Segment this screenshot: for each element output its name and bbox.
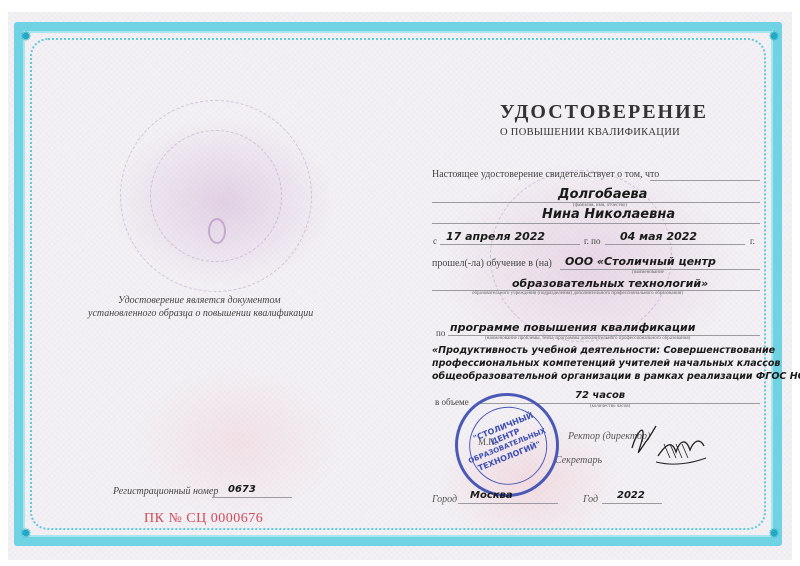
program-caption: (наименование проблемы, темы, программы … bbox=[485, 336, 690, 341]
corner-ornament-icon: ✹ bbox=[17, 28, 35, 46]
intro-text: Настоящее удостоверение свидетельствует … bbox=[432, 169, 659, 180]
program-title-line-2: профессиональных компетенций учителей на… bbox=[432, 358, 780, 369]
corner-ornament-icon: ✹ bbox=[765, 28, 783, 46]
document-title: УДОСТОВЕРЕНИЕ bbox=[500, 101, 708, 124]
city-value: Москва bbox=[470, 490, 513, 501]
corner-ornament-icon: ✹ bbox=[17, 525, 35, 543]
secretary-label: Секретарь bbox=[555, 455, 602, 466]
volume-value: 72 часов bbox=[575, 390, 625, 401]
notice-line-1: Удостоверение является документом bbox=[118, 295, 280, 306]
year-label: Год bbox=[583, 494, 598, 505]
org-caption-short: (наименование bbox=[632, 270, 664, 275]
date-from-line bbox=[440, 244, 580, 245]
date-from: 17 апреля 2022 bbox=[446, 230, 545, 243]
recipient-surname: Долгобаева bbox=[558, 187, 647, 202]
intro-line bbox=[650, 180, 760, 181]
corner-ornament-icon: ✹ bbox=[765, 525, 783, 543]
volume-caption: (количество часов) bbox=[590, 404, 630, 409]
serial-number: ПК № СЦ 0000676 bbox=[144, 511, 263, 527]
city-line bbox=[458, 503, 558, 504]
signature-icon bbox=[620, 418, 710, 470]
given-names-line bbox=[432, 223, 760, 224]
city-label: Город bbox=[432, 494, 457, 505]
program-title-line-3: общеобразовательной организации в рамках… bbox=[432, 371, 800, 382]
program-type: программе повышения квалификации bbox=[450, 321, 695, 334]
organization-line-1: ООО «Столичный центр bbox=[565, 255, 716, 268]
reg-number-line bbox=[212, 497, 292, 498]
trained-label: прошел(-ла) обучение в (на) bbox=[432, 258, 552, 269]
volume-label: в объеме bbox=[435, 397, 469, 407]
year-line bbox=[602, 503, 662, 504]
org-caption: образовательного учреждения (подразделен… bbox=[472, 291, 683, 296]
program-title-line-1: «Продуктивность учебной деятельности: Со… bbox=[432, 345, 775, 356]
date-from-prefix: с bbox=[433, 236, 437, 246]
date-to: 04 мая 2022 bbox=[620, 230, 697, 243]
recipient-given-names: Нина Николаевна bbox=[542, 207, 675, 222]
reg-number-value: 0673 bbox=[228, 484, 256, 495]
reg-number-label: Регистрационный номер bbox=[113, 486, 218, 497]
organization-line-2: образовательных технологий» bbox=[512, 277, 708, 290]
date-suffix: г. bbox=[750, 236, 755, 246]
year-value: 2022 bbox=[617, 490, 645, 501]
date-to-prefix: г. по bbox=[584, 236, 601, 246]
document-subtitle: О ПОВЫШЕНИИ КВАЛИФИКАЦИИ bbox=[500, 127, 680, 138]
date-to-line bbox=[605, 244, 745, 245]
notice-line-2: установленного образца о повышении квали… bbox=[88, 308, 313, 319]
program-prefix: по bbox=[436, 328, 445, 338]
emblem-icon bbox=[208, 218, 226, 244]
